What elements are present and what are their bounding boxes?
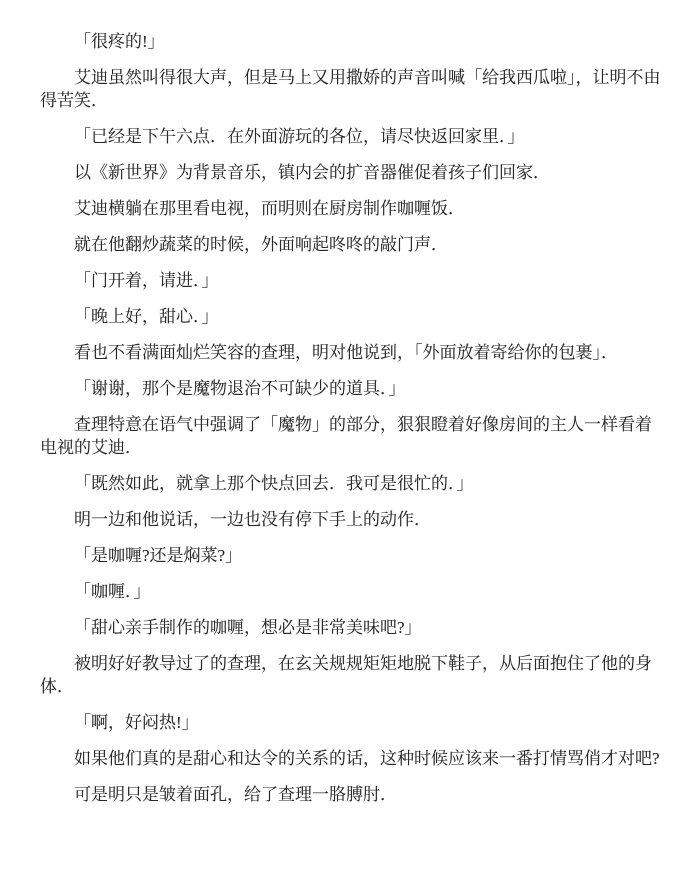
paragraph: 「既然如此，就拿上那个快点回去．我可是很忙的．」 — [40, 472, 664, 495]
paragraph: 「啊，好闷热!」 — [40, 711, 664, 734]
paragraph-list: 「很疼的!」艾迪虽然叫得很大声，但是马上又用撒娇的声音叫喊「给我西瓜啦」，让明不… — [40, 30, 664, 806]
paragraph: 「咖喱．」 — [40, 580, 664, 603]
paragraph: 艾迪虽然叫得很大声，但是马上又用撒娇的声音叫喊「给我西瓜啦」，让明不由得苦笑． — [40, 66, 664, 112]
paragraph: 如果他们真的是甜心和达令的关系的话，这种时候应该来一番打情骂俏才对吧? — [40, 747, 664, 770]
paragraph: 「是咖喱?还是焖菜?」 — [40, 544, 664, 567]
paragraph: 明一边和他说话，一边也没有停下手上的动作． — [40, 508, 664, 531]
paragraph: 以《新世界》为背景音乐，镇内会的扩音器催促着孩子们回家． — [40, 161, 664, 184]
paragraph: 可是明只是皱着面孔，给了查理一胳膊肘． — [40, 783, 664, 806]
paragraph: 「已经是下午六点．在外面游玩的各位，请尽快返回家里．」 — [40, 125, 664, 148]
paragraph: 「门开着，请进．」 — [40, 269, 664, 292]
paragraph: 被明好好教导过了的查理，在玄关规规矩矩地脱下鞋子，从后面抱住了他的身体． — [40, 652, 664, 698]
paragraph: 就在他翻炒蔬菜的时候，外面响起咚咚的敲门声． — [40, 233, 664, 256]
paragraph: 看也不看满面灿烂笑容的查理，明对他说到，「外面放着寄给你的包裹」． — [40, 341, 664, 364]
paragraph: 查理特意在语气中强调了「魔物」的部分，狠狠瞪着好像房间的主人一样看着电视的艾迪． — [40, 413, 664, 459]
document-page: 「很疼的!」艾迪虽然叫得很大声，但是马上又用撒娇的声音叫喊「给我西瓜啦」，让明不… — [0, 0, 680, 880]
paragraph: 「谢谢，那个是魔物退治不可缺少的道具．」 — [40, 377, 664, 400]
paragraph: 「很疼的!」 — [40, 30, 664, 53]
paragraph: 「晚上好，甜心．」 — [40, 305, 664, 328]
paragraph: 艾迪横躺在那里看电视，而明则在厨房制作咖喱饭． — [40, 197, 664, 220]
paragraph: 「甜心亲手制作的咖喱，想必是非常美味吧?」 — [40, 616, 664, 639]
